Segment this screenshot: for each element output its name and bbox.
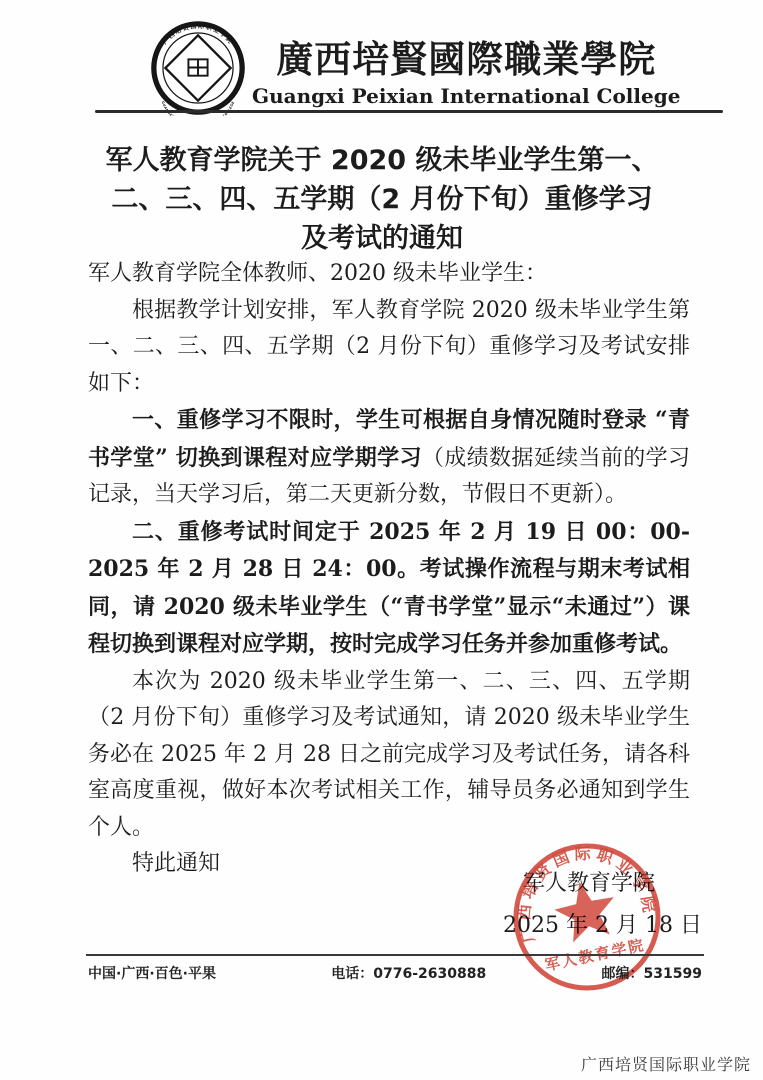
notice-title-line: 军人教育学院关于 2020 级未毕业学生第一、 bbox=[82, 141, 682, 180]
footer-divider bbox=[86, 954, 704, 956]
paragraph-item-2: 二、重修考试时间定于 2025 年 2 月 19 日 00：00-2025 年 … bbox=[88, 514, 690, 664]
paragraph-summary: 本次为 2020 级未毕业学生第一、二、三、四、五学期（2 月份下旬）重修学习及… bbox=[88, 664, 690, 847]
salutation: 军人教育学院全体教师、2020 级未毕业学生： bbox=[88, 256, 690, 293]
footer-postcode: 邮编：531599 bbox=[602, 963, 702, 983]
header-divider bbox=[95, 110, 723, 113]
document-page: 广西培贤国际职业学院 GUANGXI PEIXIAN INTERNATIONAL… bbox=[0, 0, 763, 1080]
footer: 中国·广西·百色·平果 电话：0776-2630888 邮编：531599 bbox=[88, 963, 702, 983]
signature-date: 2025 年 2 月 18 日 bbox=[503, 908, 702, 939]
letterhead: 广西培贤国际职业学院 GUANGXI PEIXIAN INTERNATIONAL… bbox=[150, 20, 680, 116]
notice-title: 军人教育学院关于 2020 级未毕业学生第一、 二、三、四、五学期（2 月份下旬… bbox=[82, 141, 682, 258]
paragraph-arrangement: 根据教学计划安排，军人教育学院 2020 级未毕业学生第一、二、三、四、五学期（… bbox=[88, 293, 690, 403]
notice-body: 军人教育学院全体教师、2020 级未毕业学生： 根据教学计划安排，军人教育学院 … bbox=[88, 256, 690, 883]
college-name-zh: 廣西培賢國際職業學院 bbox=[276, 29, 656, 83]
notice-title-line: 二、三、四、五学期（2 月份下旬）重修学习 bbox=[82, 180, 682, 219]
college-seal-icon: 广西培贤国际职业学院 GUANGXI PEIXIAN INTERNATIONAL… bbox=[150, 20, 246, 116]
bottom-college-label: 广西培贤国际职业学院 bbox=[581, 1052, 751, 1075]
paragraph-item-1: 一、重修学习不限时，学生可根据自身情况随时登录 “青书学堂” 切换到课程对应学期… bbox=[88, 402, 690, 514]
notice-title-line: 及考试的通知 bbox=[82, 219, 682, 258]
college-name-block: 廣西培賢國際職業學院 Guangxi Peixian International… bbox=[252, 29, 680, 108]
signature-unit: 军人教育学院 bbox=[523, 866, 655, 897]
footer-phone: 电话：0776-2630888 bbox=[331, 963, 486, 983]
college-name-en: Guangxi Peixian International College bbox=[252, 84, 680, 108]
footer-address: 中国·广西·百色·平果 bbox=[88, 963, 216, 983]
